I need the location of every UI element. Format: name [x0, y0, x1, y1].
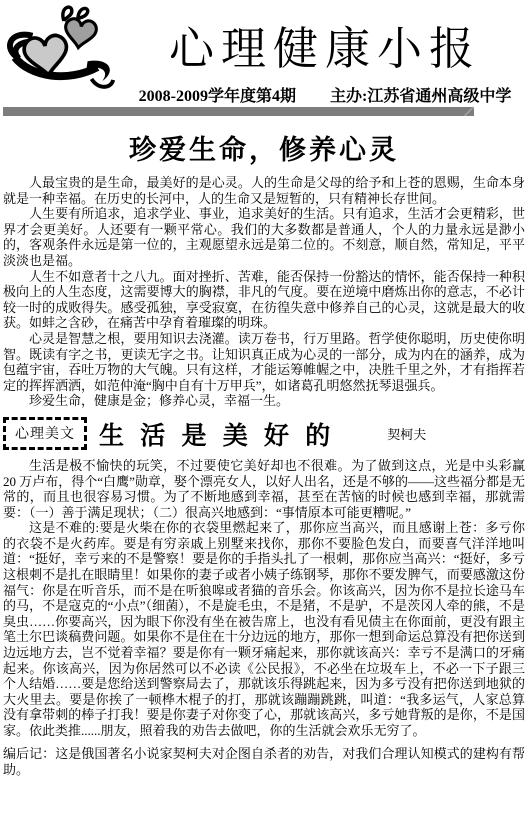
divider-bar [3, 107, 473, 116]
newsletter-page: 心理健康小报 2008-2009学年度第4期 主办:江苏省通州高级中学 珍爱生命… [0, 0, 528, 827]
paragraph: 人生不如意者十之八九。面对挫折、苦难，能否保持一份豁达的情怀，能否保持一种积极向… [3, 269, 525, 331]
article1-title: 珍爱生命，修养心灵 [3, 128, 525, 167]
paragraph: 心灵是智慧之根，要用知识去浇灌。读万卷书，行万里路。哲学使你聪明，历史使你明智。… [3, 331, 525, 393]
masthead: 心理健康小报 2008-2009学年度第4期 主办:江苏省通州高级中学 [3, 2, 525, 102]
article2-header: 心理美文 生 活 是 美 好 的 契柯夫 [3, 416, 525, 452]
divider-bar-end-mark [464, 107, 474, 116]
editors-note: 编后记：这是俄国著名小说家契柯夫对企图自杀者的劝告，对我们合理认知模式的建构有帮… [3, 746, 525, 778]
paragraph: 人最宝贵的是生命，最美好的是心灵。人的生命是父母的给予和上苍的恩赐，生命本身就是… [3, 175, 525, 206]
article1-body: 人最宝贵的是生命，最美好的是心灵。人的生命是父母的给予和上苍的恩赐，生命本身就是… [3, 175, 525, 409]
paragraph: 珍爱生命，健康是金；修养心灵，幸福一生。 [3, 393, 525, 409]
article-life-is-beautiful: 心理美文 生 活 是 美 好 的 契柯夫 生活是极不愉快的玩笑，不过要使它美好却… [3, 416, 525, 739]
section-tag: 心理美文 [3, 417, 87, 450]
masthead-text: 心理健康小报 2008-2009学年度第4期 主办:江苏省通州高级中学 [125, 2, 525, 106]
paragraph: 生活是极不愉快的玩笑，不过要使它美好却也不很难。为了做到这点，光是中头彩赢 20… [3, 458, 525, 520]
article-cherish-life: 珍爱生命，修养心灵 人最宝贵的是生命，最美好的是心灵。人的生命是父母的给予和上苍… [3, 128, 525, 409]
newsletter-title: 心理健康小报 [125, 12, 525, 77]
paragraph: 这是不难的:要是火柴在你的衣袋里燃起来了，那你应当高兴，而且感谢上苍：多亏你的衣… [3, 520, 525, 738]
paragraph: 人生要有所追求，追求学业、事业，追求美好的生活。只有追求，生活才会更精彩，世界才… [3, 206, 525, 268]
hearts-ribbon-logo-icon [3, 2, 125, 98]
article2-title: 生 活 是 美 好 的 [99, 416, 335, 452]
organizer-label: 主办:江苏省通州高级中学 [330, 83, 511, 106]
article2-body: 生活是极不愉快的玩笑，不过要使它美好却也不很难。为了做到这点，光是中头彩赢 20… [3, 458, 525, 739]
article2-author: 契柯夫 [387, 424, 426, 443]
issue-label: 2008-2009学年度第4期 [139, 83, 296, 106]
masthead-subtitle: 2008-2009学年度第4期 主办:江苏省通州高级中学 [125, 83, 525, 106]
